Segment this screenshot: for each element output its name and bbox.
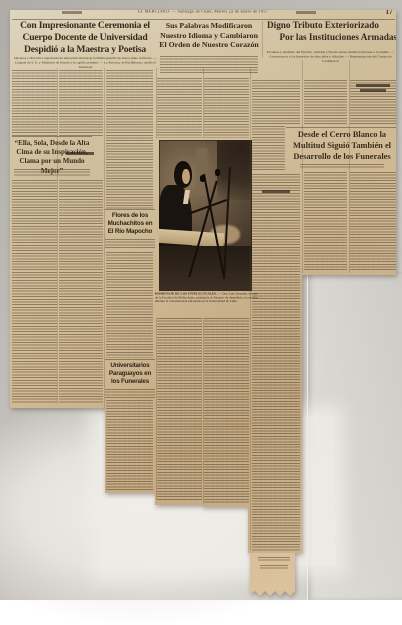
column-rule	[203, 318, 204, 504]
subhead-center-paragraph	[160, 56, 258, 74]
section-head-universitarios: Universitarios Paraguayos en los Funeral…	[102, 362, 158, 387]
text-column	[204, 318, 249, 503]
photo-microphone	[200, 175, 205, 182]
text-column	[304, 172, 347, 272]
scanned-page: EL MERCURIO. — Santiago de Chile, Martes…	[0, 0, 402, 600]
rule	[105, 359, 155, 360]
photo-foliage	[217, 140, 252, 200]
crosshead	[356, 84, 390, 87]
photo-caption: HOMENAJE DE LOS INTELECTUALES. — Don Lui…	[155, 292, 258, 315]
text-column	[252, 126, 285, 172]
headline-center: Sus Palabras Modificaron Nuestro Idioma …	[156, 21, 262, 50]
column-rule	[302, 60, 303, 273]
section-head-flores: Flores de los Muchachitos en El Río Mapo…	[102, 212, 158, 237]
text-column	[106, 70, 153, 209]
text-column	[106, 252, 153, 358]
section-subline	[14, 169, 90, 177]
headline-center-line3: El Orden de Nuestro Corazón	[156, 40, 262, 50]
text-line	[260, 565, 288, 569]
column-rule	[156, 318, 157, 500]
text-column	[204, 78, 249, 138]
headline-center-line1: Sus Palabras Modificaron	[156, 21, 262, 31]
text-line	[258, 557, 290, 561]
column-rule	[156, 68, 157, 138]
photo-microphone	[215, 169, 220, 176]
text-column	[157, 78, 202, 138]
column-rule	[349, 60, 350, 273]
column-rule	[57, 68, 58, 404]
funeral-speech-photo	[159, 140, 252, 291]
section-subline	[105, 239, 155, 249]
rule	[105, 209, 155, 210]
newspaper-clipping: EL MERCURIO. — Santiago de Chile, Martes…	[0, 0, 402, 600]
text-column	[350, 80, 396, 124]
column-rule	[262, 21, 263, 57]
photo-speaker-face	[182, 169, 189, 184]
text-column	[12, 180, 57, 404]
section-subline	[105, 389, 155, 398]
headline-right-line1: Digno Tributo Exteriorizado	[263, 20, 397, 32]
column-rule	[203, 68, 204, 138]
text-column	[59, 70, 103, 136]
crosshead	[360, 89, 386, 92]
crosshead	[66, 152, 94, 155]
headline-left-line3: Despidió a la Maestra y Poetisa	[12, 44, 158, 56]
rule	[12, 136, 92, 137]
headline-right: Digno Tributo Exteriorizado Por las Inst…	[263, 20, 397, 43]
text-column	[350, 172, 396, 272]
crosshead	[262, 190, 290, 193]
text-column	[157, 318, 202, 501]
text-column	[252, 174, 300, 551]
section-mark-right	[296, 11, 316, 14]
column-rule	[104, 68, 105, 488]
text-column	[304, 80, 347, 124]
headline-right-line2: Por las Instituciones Armadas	[263, 32, 397, 44]
subhead-right: Escuelas y unidades del Ejército, Armada…	[265, 50, 396, 76]
photo-table	[159, 246, 252, 291]
text-column	[59, 180, 103, 404]
text-column	[106, 400, 153, 490]
section-subline	[300, 164, 384, 168]
headline-left-line1: Con Impresionante Ceremonia el	[12, 20, 158, 32]
section-mark-left	[62, 11, 82, 14]
headline-left-line2: Cuerpo Docente de Universidad	[12, 32, 158, 44]
clipping-shadow-wrap: EL MERCURIO. — Santiago de Chile, Martes…	[0, 0, 402, 600]
headline-center-line2: Nuestro Idioma y Cambiaron	[156, 31, 262, 41]
text-column	[252, 80, 300, 124]
headline-left: Con Impresionante Ceremonia el Cuerpo Do…	[12, 20, 158, 56]
text-column	[12, 70, 57, 136]
page-number: 17	[381, 8, 397, 16]
column-rule	[250, 68, 251, 550]
